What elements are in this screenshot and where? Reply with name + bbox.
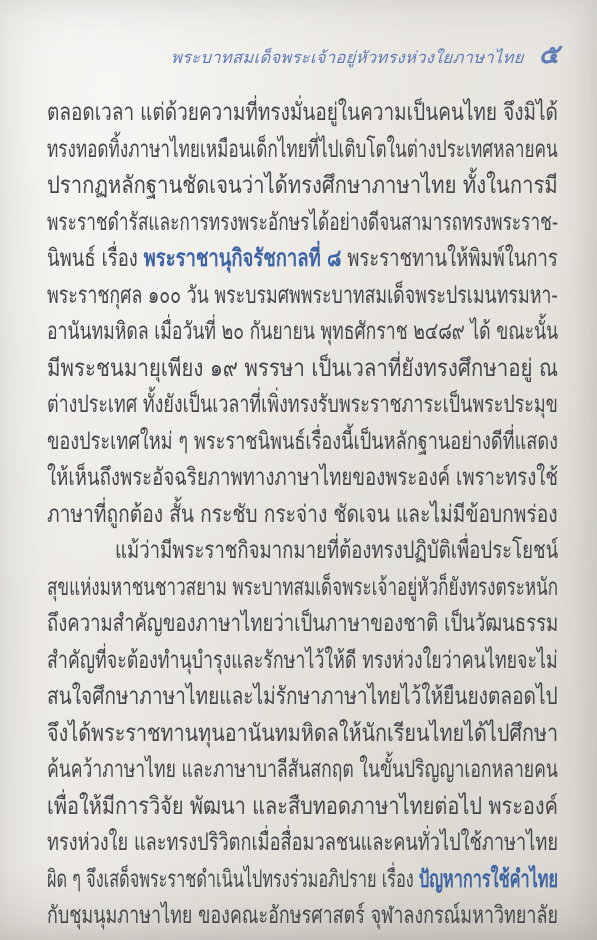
text-line-content: ทรงห่วงใย และทรงปริวิตกเมื่อสื่อมวลชนและ…	[47, 824, 558, 861]
text-line: สำคัญที่จะต้องทำนุบำรุงและรักษาไว้ให้ดี …	[47, 642, 558, 679]
text-line: กับชุมนุมภาษาไทย ของคณะอักษรศาสตร์ จุฬาล…	[47, 897, 558, 934]
text-segment: จึงได้พระราชทานทุนอานันทมหิดลให้นักเรียน…	[47, 719, 558, 747]
text-line-content: ถึงความสำคัญของภาษาไทยว่าเป็นภาษาของชาติ…	[47, 605, 558, 642]
text-segment: อานันทมหิดล เมื่อวันที่ ๒๐ กันยายน พุทธศ…	[47, 317, 558, 345]
text-segment: นิพนธ์ เรื่อง	[47, 244, 144, 272]
text-line-content: ทรงทอดทิ้งภาษาไทยเหมือนเด็กไทยที่ไปเติบโ…	[47, 131, 558, 168]
text-segment: ภาษาที่ถูกต้อง สั้น กระชับ กระจ่าง ชัดเจ…	[47, 500, 558, 528]
text-segment: แม้ว่ามีพระราชกิจมากมายที่ต้องทรงปฏิบัติ…	[115, 536, 558, 564]
text-segment: สุขแห่งมหาชนชาวสยาม พระบาทสมเด็จพระเจ้าอ…	[47, 573, 558, 601]
text-line-content: ผิด ๆ จึงเสด็จพระราชดำเนินไปทรงร่วมอภิปร…	[47, 861, 558, 898]
text-line: เพื่อให้มีการวิจัย พัฒนา และสืบทอดภาษาไท…	[47, 788, 558, 825]
text-line: ภาษาที่ถูกต้อง สั้น กระชับ กระจ่าง ชัดเจ…	[47, 496, 558, 533]
text-line: สุขแห่งมหาชนชาวสยาม พระบาทสมเด็จพระเจ้าอ…	[47, 569, 558, 606]
text-segment: ทรงทอดทิ้งภาษาไทยเหมือนเด็กไทยที่ไปเติบโ…	[47, 135, 558, 163]
text-line: ค้นคว้าภาษาไทย และภาษาบาลีสันสกฤต ในขั้น…	[47, 751, 558, 788]
text-line-content: ปรากฏหลักฐานชัดเจนว่าได้ทรงศึกษาภาษาไทย …	[47, 167, 558, 204]
text-segment: มีพระชนมายุเพียง ๑๙ พรรษา เป็นเวลาที่ยัง…	[47, 354, 558, 382]
text-segment: ของประเทศใหม่ ๆ พระราชนิพนธ์เรื่องนี้เป็…	[47, 427, 558, 455]
text-segment: ถึงความสำคัญของภาษาไทยว่าเป็นภาษาของชาติ…	[47, 609, 558, 637]
text-line-content: ต่างประเทศ ทั้งยังเป็นเวลาที่เพิ่งทรงรับ…	[47, 386, 558, 423]
text-line-content: อานันทมหิดล เมื่อวันที่ ๒๐ กันยายน พุทธศ…	[47, 313, 558, 350]
text-line-content: ของประเทศใหม่ ๆ พระราชนิพนธ์เรื่องนี้เป็…	[47, 423, 558, 460]
text-line: อานันทมหิดล เมื่อวันที่ ๒๐ กันยายน พุทธศ…	[47, 313, 558, 350]
highlighted-phrase: ปัญหาการใช้คำไทย	[419, 865, 558, 893]
running-header-title: พระบาทสมเด็จพระเจ้าอยู่หัวทรงห่วงใยภาษาไ…	[170, 45, 524, 71]
text-line: สนใจศึกษาภาษาไทยและไม่รักษาภาษาไทยไว้ให้…	[47, 678, 558, 715]
page-number: ๕	[539, 32, 559, 75]
text-line-content: สุขแห่งมหาชนชาวสยาม พระบาทสมเด็จพระเจ้าอ…	[47, 569, 558, 606]
text-segment: ผิด ๆ จึงเสด็จพระราชดำเนินไปทรงร่วมอภิปร…	[47, 865, 419, 893]
text-line: ปรากฏหลักฐานชัดเจนว่าได้ทรงศึกษาภาษาไทย …	[47, 167, 558, 204]
text-segment: พระราชทานให้พิมพ์ในการ	[341, 244, 557, 272]
text-line-content: ภาษาที่ถูกต้อง สั้น กระชับ กระจ่าง ชัดเจ…	[47, 496, 558, 533]
text-segment: กับชุมนุมภาษาไทย ของคณะอักษรศาสตร์ จุฬาล…	[47, 901, 558, 929]
text-line-content: สำคัญที่จะต้องทำนุบำรุงและรักษาไว้ให้ดี …	[47, 642, 558, 679]
page-header: พระบาทสมเด็จพระเจ้าอยู่หัวทรงห่วงใยภาษาไ…	[171, 32, 559, 75]
text-segment: พระราชกุศล ๑๐๐ วัน พระบรมศพพระบาทสมเด็จพ…	[47, 281, 558, 309]
text-segment: พระราชดำรัสและการทรงพระอักษรได้อย่างดีจน…	[47, 208, 558, 236]
text-line: พระราชดำรัสและการทรงพระอักษรได้อย่างดีจน…	[47, 204, 558, 241]
text-segment: ตลอดเวลา แต่ด้วยความที่ทรงมั่นอยู่ในความ…	[47, 98, 558, 126]
text-line-content: ตลอดเวลา แต่ด้วยความที่ทรงมั่นอยู่ในความ…	[47, 94, 558, 131]
text-line: ทรงห่วงใย และทรงปริวิตกเมื่อสื่อมวลชนและ…	[47, 824, 558, 861]
text-segment: ปรากฏหลักฐานชัดเจนว่าได้ทรงศึกษาภาษาไทย …	[47, 171, 558, 199]
text-line: แม้ว่ามีพระราชกิจมากมายที่ต้องทรงปฏิบัติ…	[47, 532, 558, 569]
text-line-content: นิพนธ์ เรื่อง พระราชานุกิจรัชกาลที่ ๘ พร…	[47, 240, 558, 277]
book-page: พระบาทสมเด็จพระเจ้าอยู่หัวทรงห่วงใยภาษาไ…	[0, 0, 597, 940]
text-block: ตลอดเวลา แต่ด้วยความที่ทรงมั่นอยู่ในความ…	[47, 94, 558, 934]
text-segment: เพื่อให้มีการวิจัย พัฒนา และสืบทอดภาษาไท…	[47, 792, 558, 820]
text-line: ต่างประเทศ ทั้งยังเป็นเวลาที่เพิ่งทรงรับ…	[47, 386, 558, 423]
text-line: ของประเทศใหม่ ๆ พระราชนิพนธ์เรื่องนี้เป็…	[47, 423, 558, 460]
text-segment: ให้เห็นถึงพระอัจฉริยภาพทางภาษาไทยของพระอ…	[47, 463, 558, 491]
text-line-content: เพื่อให้มีการวิจัย พัฒนา และสืบทอดภาษาไท…	[47, 788, 558, 825]
text-line-content: ให้เห็นถึงพระอัจฉริยภาพทางภาษาไทยของพระอ…	[47, 459, 558, 496]
highlighted-phrase: พระราชานุกิจรัชกาลที่ ๘	[144, 244, 342, 272]
text-line: ผิด ๆ จึงเสด็จพระราชดำเนินไปทรงร่วมอภิปร…	[47, 861, 558, 898]
text-line-content: จึงได้พระราชทานทุนอานันทมหิดลให้นักเรียน…	[47, 715, 558, 752]
text-line: ให้เห็นถึงพระอัจฉริยภาพทางภาษาไทยของพระอ…	[47, 459, 558, 496]
text-line: ถึงความสำคัญของภาษาไทยว่าเป็นภาษาของชาติ…	[47, 605, 558, 642]
text-line-content: มีพระชนมายุเพียง ๑๙ พรรษา เป็นเวลาที่ยัง…	[47, 350, 558, 387]
text-line: ทรงทอดทิ้งภาษาไทยเหมือนเด็กไทยที่ไปเติบโ…	[47, 131, 558, 168]
text-line: มีพระชนมายุเพียง ๑๙ พรรษา เป็นเวลาที่ยัง…	[47, 350, 558, 387]
text-line: ตลอดเวลา แต่ด้วยความที่ทรงมั่นอยู่ในความ…	[47, 94, 558, 131]
text-line-content: พระราชกุศล ๑๐๐ วัน พระบรมศพพระบาทสมเด็จพ…	[47, 277, 558, 314]
text-segment: ต่างประเทศ ทั้งยังเป็นเวลาที่เพิ่งทรงรับ…	[47, 390, 558, 418]
text-line-content: พระราชดำรัสและการทรงพระอักษรได้อย่างดีจน…	[47, 204, 558, 241]
text-line-content: ค้นคว้าภาษาไทย และภาษาบาลีสันสกฤต ในขั้น…	[47, 751, 558, 788]
text-segment: สนใจศึกษาภาษาไทยและไม่รักษาภาษาไทยไว้ให้…	[47, 682, 558, 710]
text-segment: ทรงห่วงใย และทรงปริวิตกเมื่อสื่อมวลชนและ…	[47, 828, 558, 856]
text-line-content: กับชุมนุมภาษาไทย ของคณะอักษรศาสตร์ จุฬาล…	[47, 897, 558, 934]
text-line: พระราชกุศล ๑๐๐ วัน พระบรมศพพระบาทสมเด็จพ…	[47, 277, 558, 314]
text-line: นิพนธ์ เรื่อง พระราชานุกิจรัชกาลที่ ๘ พร…	[47, 240, 558, 277]
text-line: จึงได้พระราชทานทุนอานันทมหิดลให้นักเรียน…	[47, 715, 558, 752]
text-segment: ค้นคว้าภาษาไทย และภาษาบาลีสันสกฤต ในขั้น…	[47, 755, 558, 783]
text-line-content: สนใจศึกษาภาษาไทยและไม่รักษาภาษาไทยไว้ให้…	[47, 678, 558, 715]
text-segment: สำคัญที่จะต้องทำนุบำรุงและรักษาไว้ให้ดี …	[47, 646, 558, 674]
text-line-content: แม้ว่ามีพระราชกิจมากมายที่ต้องทรงปฏิบัติ…	[115, 532, 558, 569]
